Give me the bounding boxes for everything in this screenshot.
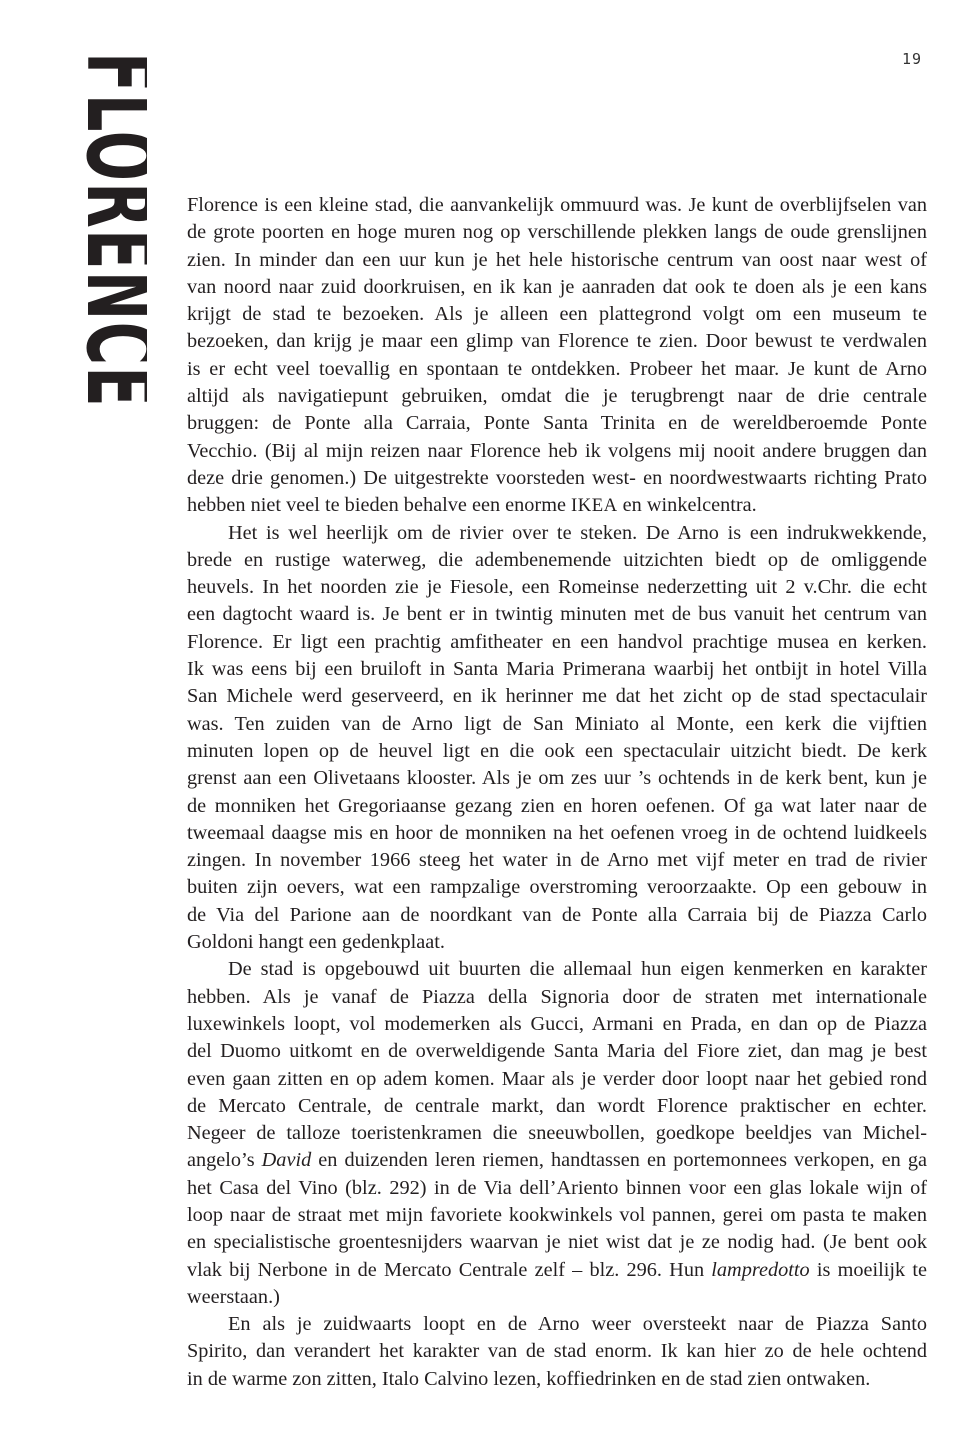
text-line: bezoeken, dan krijg je maar een glimp va… [187, 328, 927, 355]
text-line: was. Ten zuiden van de Arno ligt de San … [187, 711, 927, 738]
text-line: vlak bij Nerbone in de Mercato Centrale … [187, 1257, 927, 1284]
text-line: Spirito, dan verandert het karakter van … [187, 1338, 927, 1365]
text-line: zingen. In november 1966 steeg het water… [187, 847, 927, 874]
paragraph-3: De stad is opgebouwd uit buurten die all… [187, 956, 927, 1311]
text-line: tweemaal daagse mis en hoor de monniken … [187, 820, 927, 847]
text-line: Florence. Er ligt een prachtig amfitheat… [187, 629, 927, 656]
text-line: Negeer de talloze toeristenkramen die sn… [187, 1120, 927, 1147]
body-text: Florence is een kleine stad, die aanvank… [187, 192, 927, 1393]
text-line: even gaan zitten en op adem komen. Maar … [187, 1066, 927, 1093]
text-line: buiten zijn oevers, wat een rampzalige o… [187, 874, 927, 901]
text-line: in de warme zon zitten, Italo Calvino le… [187, 1366, 927, 1393]
text-line: heuvels. In het noorden zie je Fiesole, … [187, 574, 927, 601]
paragraph-1: Florence is een kleine stad, die aanvank… [187, 192, 927, 520]
text-line: deze drie genomen.) De uitgestrekte voor… [187, 465, 927, 492]
text-line: minuten lopen op de heuvel ligt en die o… [187, 738, 927, 765]
text-line: en specialistische groentesnijders waarv… [187, 1229, 927, 1256]
text-line: bruggen: de Ponte alla Carraia, Ponte Sa… [187, 410, 927, 437]
text-line: Goldoni hangt een gedenkplaat. [187, 929, 927, 956]
text-line: hebben niet veel te bieden behalve een e… [187, 492, 927, 519]
text-line: van noord naar zuid doorkruisen, en ik k… [187, 274, 927, 301]
text-line: En als je zuidwaarts loopt en de Arno we… [187, 1311, 927, 1338]
chapter-title-text: FLORENCE [65, 52, 147, 408]
text-line: altijd als navigatiepunt gebruiken, omda… [187, 383, 927, 410]
paragraph-4: En als je zuidwaarts loopt en de Arno we… [187, 1311, 927, 1393]
text-line: Ik was eens bij een bruiloft in Santa Ma… [187, 656, 927, 683]
page-number: 19 [902, 50, 922, 68]
text-line: weerstaan.) [187, 1284, 927, 1311]
text-line: een dagtocht waard is. Je bent er in twi… [187, 601, 927, 628]
text-line: Florence is een kleine stad, die aanvank… [187, 192, 927, 219]
text-line: zien. In minder dan een uur kun je het h… [187, 247, 927, 274]
text-line: brede en rustige waterweg, die adembenem… [187, 547, 927, 574]
text-line: Het is wel heerlijk om de rivier over te… [187, 520, 927, 547]
text-line: hebben. Als je vanaf de Piazza della Sig… [187, 984, 927, 1011]
chapter-title: FLORENCE [57, 52, 147, 408]
text-line: is er echt veel toevallig en spontaan te… [187, 356, 927, 383]
text-line: de Via del Parione aan de noordkant van … [187, 902, 927, 929]
text-line: de monniken het Gregoriaanse gezang zien… [187, 793, 927, 820]
text-line: luxewinkels loopt, vol modemerken als Gu… [187, 1011, 927, 1038]
text-line: loop naar de straat met mijn favoriete k… [187, 1202, 927, 1229]
text-line: angelo’s David en duizenden leren riemen… [187, 1147, 927, 1174]
text-line: de grote poorten en hoge muren nog op ve… [187, 219, 927, 246]
text-line: grenst aan een Olivetaans klooster. Als … [187, 765, 927, 792]
david-italic: David [262, 1149, 312, 1171]
text-line: Vecchio. (Bij al mijn reizen naar Floren… [187, 438, 927, 465]
text-line: San Michele werd geserveerd, en ik herin… [187, 683, 927, 710]
paragraph-2: Het is wel heerlijk om de rivier over te… [187, 520, 927, 957]
lampredotto-italic: lampredotto [711, 1259, 809, 1281]
text-line: het Casa del Vino (blz. 292) in de Via d… [187, 1175, 927, 1202]
text-line: del Duomo uitkomt en de overweldigende S… [187, 1038, 927, 1065]
text-line: de Mercato Centrale, de centrale markt, … [187, 1093, 927, 1120]
text-line: krijgt de stad te bezoeken. Als je allee… [187, 301, 927, 328]
chapter-title-graphic: FLORENCE [57, 52, 147, 408]
ikea-smallcaps: IKEA [571, 495, 618, 516]
text-line: De stad is opgebouwd uit buurten die all… [187, 956, 927, 983]
